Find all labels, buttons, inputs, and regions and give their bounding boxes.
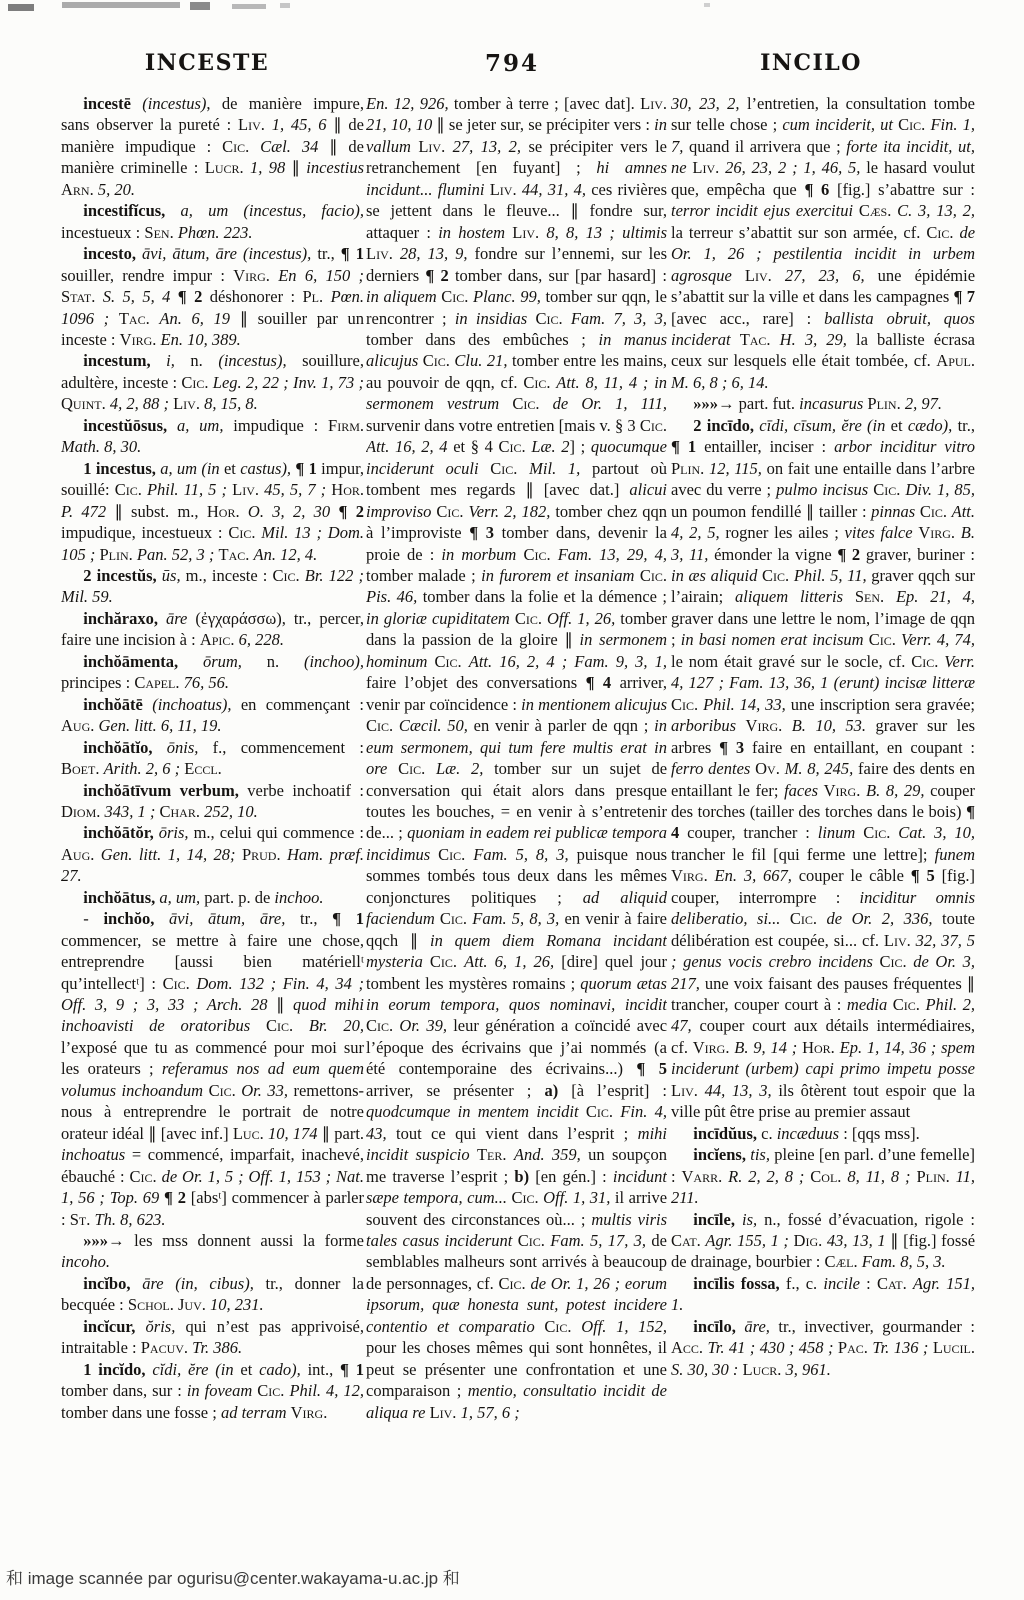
dictionary-entry: »»»→ part. fut. incasurus Plin. 2, 97. <box>671 393 975 414</box>
dictionary-entry: En. 12, 926, tomber à terre ; [avec dat]… <box>366 93 667 1423</box>
dictionary-entry: inchŏātē (inchoatus), en commençant : Au… <box>61 694 364 737</box>
dictionary-entry: inchŏāmenta, ōrum, n. (inchoo), principe… <box>61 651 364 694</box>
dictionary-entry: incĭcur, ŏris, qui n’est pas apprivoisé,… <box>61 1316 364 1359</box>
dictionary-entry: inchŏātŏr, ōris, m., celui qui commence … <box>61 822 364 886</box>
dictionary-entry: incestŭōsus, a, um, impudique : Firm. Ma… <box>61 415 364 458</box>
dictionary-column-right: 30, 23, 2, l’entretien, la consultation … <box>671 93 975 1555</box>
dictionary-entry: incīlis fossa, f., c. incile : Cat. Agr.… <box>671 1273 975 1316</box>
dictionary-entry: incīlo, āre, tr., invectiver, gourmander… <box>671 1316 975 1380</box>
scan-artifact <box>280 3 290 8</box>
dictionary-column-middle: En. 12, 926, tomber à terre ; [avec dat]… <box>366 93 667 1555</box>
dictionary-column-left: incestē (incestus), de manière impure, s… <box>61 93 364 1555</box>
scan-artifact <box>8 4 34 11</box>
scan-artifact <box>232 4 266 9</box>
dictionary-entry: inchŏātĭo, ōnis, f., commencement : Boet… <box>61 737 364 780</box>
dictionary-entry: incestifĭcus, a, um (incestus, facio), i… <box>61 200 364 243</box>
dictionary-entry: 2 incīdo, cīdi, cīsum, ĕre (in et cædo),… <box>671 415 975 1123</box>
dictionary-entry: inchŏātus, a, um, part. p. de inchoo. <box>61 887 364 908</box>
dictionary-entry: 2 incestŭs, ūs, m., inceste : Cic. Br. 1… <box>61 565 364 608</box>
dictionary-entry: 30, 23, 2, l’entretien, la consultation … <box>671 93 975 393</box>
dictionary-entry: »»»→ les mss donnent aussi la forme inco… <box>61 1230 364 1273</box>
page-number: 794 <box>485 50 539 77</box>
scan-artifact <box>190 2 210 10</box>
dictionary-entry: incīle, is, n., fossé d’évacuation, rigo… <box>671 1209 975 1273</box>
dictionary-entry: incĭens, tis, pleine [en parl. d’une fem… <box>671 1144 975 1208</box>
running-head-right: INCILO <box>760 50 862 76</box>
dictionary-entry: - inchŏo, āvi, ātum, āre, tr., ¶ 1 comme… <box>61 908 364 1230</box>
scanner-credit-line: 和 image scannée par ogurisu@center.wakay… <box>6 1564 460 1589</box>
dictionary-entry: incestum, i, n. (incestus), souillure, a… <box>61 350 364 414</box>
scan-artifact <box>62 2 180 8</box>
dictionary-entry: 1 incestus, a, um (in et castus), ¶ 1 im… <box>61 458 364 565</box>
scan-artifact <box>704 3 710 7</box>
dictionary-entry: incĭbo, āre (in, cibus), tr., donner la … <box>61 1273 364 1316</box>
dictionary-entry: inchăraxo, āre (ἐγχαράσσω), tr., percer,… <box>61 608 364 651</box>
dictionary-entry: incesto, āvi, ātum, āre (incestus), tr.,… <box>61 243 364 350</box>
dictionary-entry: inchŏātīvum verbum, verbe inchoatif : Di… <box>61 780 364 823</box>
dictionary-entry: incestē (incestus), de manière impure, s… <box>61 93 364 200</box>
dictionary-entry: incīdŭus, c. incæduus : [qqs mss]. <box>671 1123 975 1144</box>
running-head-left: INCESTE <box>145 50 269 76</box>
dictionary-entry: 1 incĭdo, cĭdi, ĕre (in et cado), int., … <box>61 1359 364 1423</box>
